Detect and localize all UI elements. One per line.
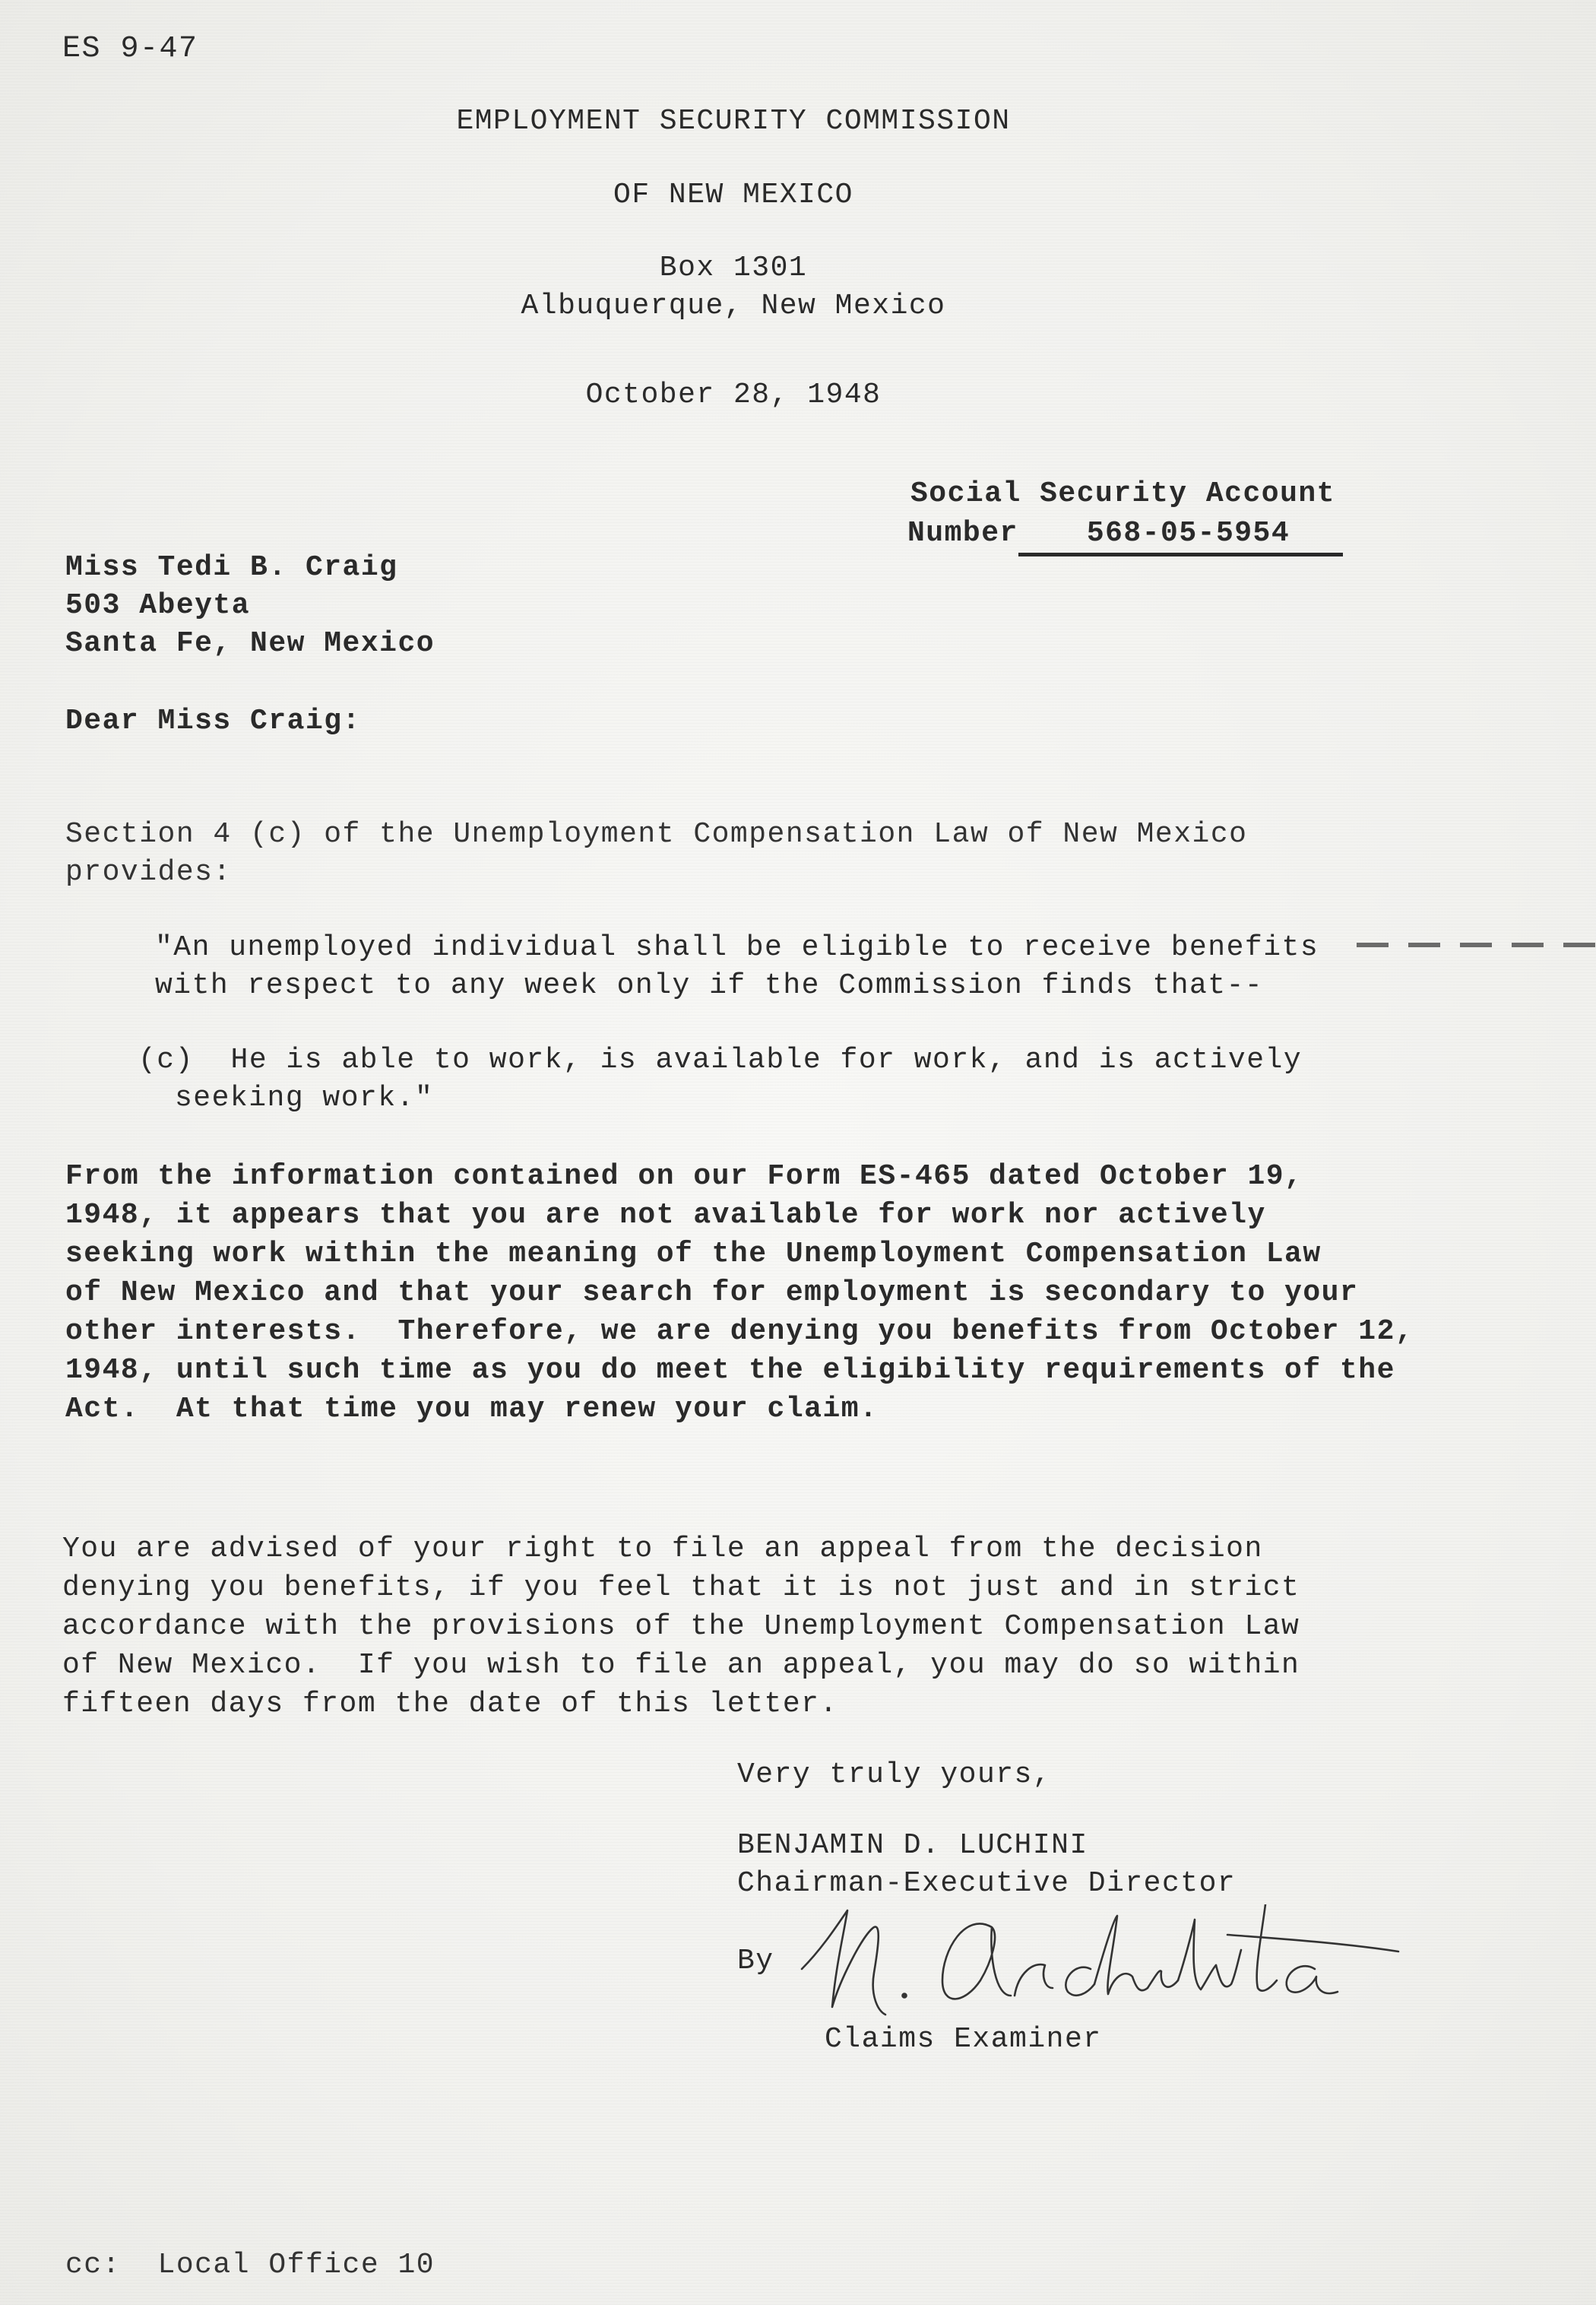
- finding-line: other interests. Therefore, we are denyi…: [65, 1312, 1414, 1351]
- ssa-number: 568-05-5954: [1018, 515, 1343, 556]
- finding-line: 1948, until such time as you do meet the…: [65, 1351, 1395, 1390]
- handwritten-signature: [790, 1904, 1414, 2018]
- examiner-title: Claims Examiner: [825, 2021, 1102, 2059]
- salutation: Dear Miss Craig:: [65, 702, 361, 740]
- quote-line: "An unemployed individual shall be eligi…: [155, 929, 1319, 967]
- appeal-line: denying you benefits, if you feel that i…: [62, 1568, 1300, 1607]
- intro-line: Section 4 (c) of the Unemployment Compen…: [65, 815, 1247, 854]
- signer-title: Chairman-Executive Director: [737, 1865, 1236, 1903]
- letterhead-agency: EMPLOYMENT SECURITY COMMISSION: [0, 103, 1467, 141]
- finding-line: Act. At that time you may renew your cla…: [65, 1390, 878, 1428]
- carbon-copy: cc: Local Office 10: [65, 2246, 435, 2284]
- appeal-line: accordance with the provisions of the Un…: [62, 1607, 1300, 1646]
- recipient-name: Miss Tedi B. Craig: [65, 549, 397, 587]
- quote-line: with respect to any week only if the Com…: [155, 967, 1263, 1005]
- quote-clause-c: seeking work.": [175, 1080, 433, 1118]
- ssa-number-row: Number568-05-5954: [907, 515, 1343, 556]
- finding-line: seeking work within the meaning of the U…: [65, 1235, 1322, 1273]
- closing: Very truly yours,: [737, 1756, 1051, 1794]
- letterhead-city: Albuquerque, New Mexico: [0, 287, 1467, 325]
- quote-clause-c: (c) He is able to work, is available for…: [138, 1042, 1302, 1080]
- by-label: By: [737, 1942, 774, 1980]
- letterhead-box: Box 1301: [0, 249, 1467, 287]
- appeal-line: of New Mexico. If you wish to file an ap…: [62, 1646, 1300, 1685]
- letterhead-state: OF NEW MEXICO: [0, 176, 1467, 214]
- recipient-city: Santa Fe, New Mexico: [65, 625, 435, 663]
- letter-date: October 28, 1948: [0, 376, 1467, 414]
- typed-dash-marks: [1357, 943, 1596, 947]
- recipient-street: 503 Abeyta: [65, 587, 250, 625]
- intro-line: provides:: [65, 853, 232, 892]
- ssa-label: Social Security Account: [910, 475, 1335, 513]
- finding-line: 1948, it appears that you are not availa…: [65, 1196, 1266, 1235]
- form-id: ES 9-47: [62, 30, 198, 68]
- ssa-number-label: Number: [907, 517, 1018, 550]
- finding-line: of New Mexico and that your search for e…: [65, 1273, 1358, 1312]
- finding-line: From the information contained on our Fo…: [65, 1157, 1303, 1196]
- appeal-line: fifteen days from the date of this lette…: [62, 1685, 838, 1723]
- appeal-line: You are advised of your right to file an…: [62, 1530, 1263, 1568]
- signer-name: BENJAMIN D. LUCHINI: [737, 1827, 1088, 1865]
